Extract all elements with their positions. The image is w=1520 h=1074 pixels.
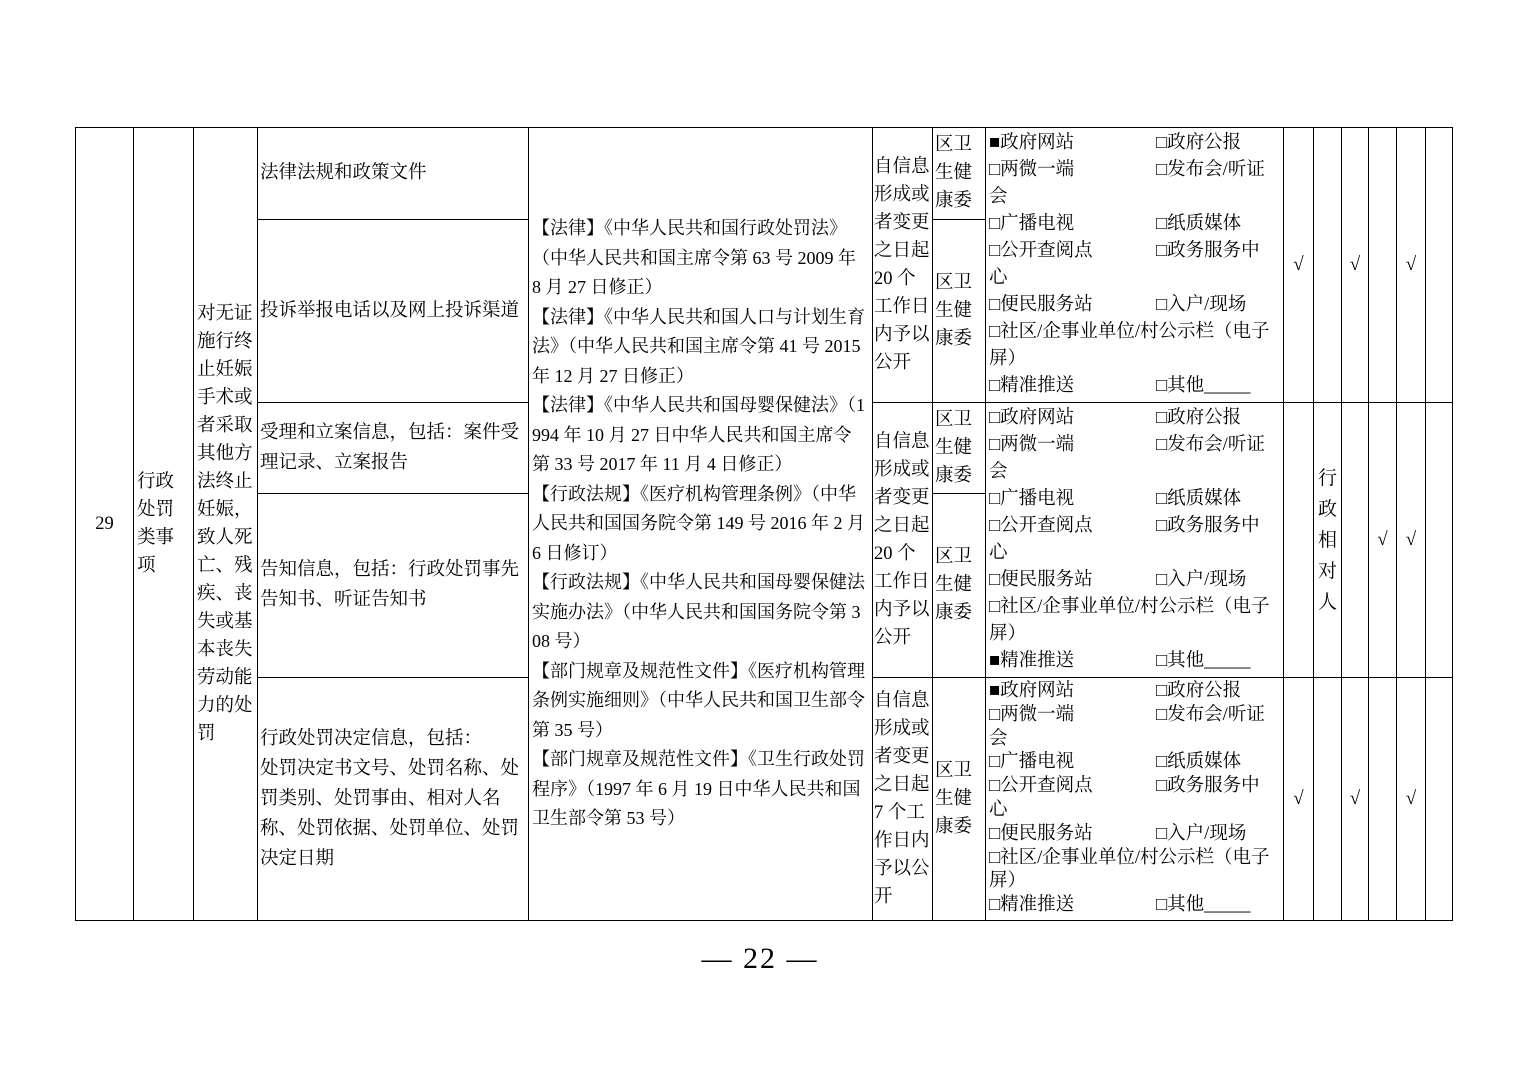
flag-cell: √ [1284, 678, 1314, 921]
channel-option: □政务服务中 [1156, 776, 1260, 796]
channel-option: □便民服务站 [989, 823, 1156, 847]
channel-line: □公开查阅点□政务服务中 [989, 238, 1280, 265]
channels-cell: ■政府网站□政府公报 □两微一端□发布会/听证 会 □广播电视□纸质媒体 □公开… [986, 678, 1284, 921]
channel-line-continuation: 心 [989, 540, 1280, 567]
channels-cell: ■政府网站□政府公报 □两微一端□发布会/听证 会 □广播电视□纸质媒体 □公开… [986, 128, 1284, 403]
channel-option: ■精准推送 [989, 648, 1156, 675]
channel-option: □两微一端 [989, 432, 1156, 459]
channel-line: ■精准推送□其他_____ [989, 648, 1280, 675]
channel-option: □其他_____ [1156, 376, 1250, 396]
channel-line-continuation: 屏） [989, 870, 1280, 894]
channel-line: □两微一端□发布会/听证 [989, 157, 1280, 184]
channel-option: □广播电视 [989, 486, 1156, 513]
legal-basis-entry: 【部门规章及规范性文件】《医疗机构管理条例实施细则》（中华人民共和国卫生部令第 … [532, 657, 869, 746]
channel-option: □广播电视 [989, 751, 1156, 775]
legal-basis-cell: 【法律】《中华人民共和国行政处罚法》（中华人民共和国主席令第 63 号 2009… [529, 128, 873, 921]
legal-basis-entry: 【部门规章及规范性文件】《卫生行政处罚程序》（1997 年 6 月 19 日中华… [532, 745, 869, 834]
channel-option: □纸质媒体 [1156, 489, 1241, 509]
channel-option: □广播电视 [989, 211, 1156, 238]
channel-line: □两微一端□发布会/听证 [989, 432, 1280, 459]
legal-basis-entry: 【行政法规】《中华人民共和国母婴保健法实施办法》（中华人民共和国国务院令第 30… [532, 568, 869, 657]
channel-option: □政务服务中 [1156, 241, 1260, 261]
channel-line: □广播电视□纸质媒体 [989, 211, 1280, 238]
info-item-cell: 告知信息，包括：行政处罚事先告知书、听证告知书 [258, 493, 529, 677]
channel-option: □其他_____ [1156, 651, 1250, 671]
channel-line-continuation: 会 [989, 459, 1280, 486]
flag-cell [1342, 403, 1369, 678]
channel-line: □政府网站□政府公报 [989, 405, 1280, 432]
flag-cell [1314, 128, 1342, 403]
channel-line: □精准推送□其他_____ [989, 894, 1280, 918]
channel-option: □纸质媒体 [1156, 752, 1241, 772]
timeline-cell: 自信息形成或者变更之日起 20 个工作日内予以公开 [873, 128, 933, 403]
channel-option: □精准推送 [989, 373, 1156, 400]
flag-cell: √ [1397, 403, 1426, 678]
agency-cell: 区卫生健康委 [933, 403, 986, 494]
channel-line: □便民服务站□入户/现场 [989, 292, 1280, 319]
channel-option: □两微一端 [989, 704, 1156, 728]
flag-cell: √ [1369, 403, 1397, 678]
page-number: — 22 — [0, 942, 1520, 976]
channel-line: □广播电视□纸质媒体 [989, 486, 1280, 513]
channel-line: □公开查阅点□政务服务中 [989, 513, 1280, 540]
legal-basis-entry: 【法律】《中华人民共和国行政处罚法》（中华人民共和国主席令第 63 号 2009… [532, 214, 869, 303]
channel-option: □公开查阅点 [989, 513, 1156, 540]
channel-line: □便民服务站□入户/现场 [989, 823, 1280, 847]
channel-line-continuation: 会 [989, 728, 1280, 752]
channel-line: □公开查阅点□政务服务中 [989, 775, 1280, 799]
channel-option: ■政府网站 [989, 680, 1156, 704]
channel-option: □精准推送 [989, 894, 1156, 918]
channel-line: □便民服务站□入户/现场 [989, 567, 1280, 594]
channel-option: □其他_____ [1156, 895, 1250, 915]
info-item-cell: 受理和立案信息，包括：案件受理记录、立案报告 [258, 403, 529, 494]
flag-cell-subject: 行政相对人 [1314, 403, 1342, 678]
flag-cell [1369, 128, 1397, 403]
agency-cell: 区卫生健康委 [933, 493, 986, 677]
flag-cell: √ [1342, 678, 1369, 921]
channel-line-continuation: 会 [989, 184, 1280, 211]
channel-option: ■政府网站 [989, 130, 1156, 157]
flag-cell: √ [1342, 128, 1369, 403]
flag-cell [1426, 403, 1453, 678]
document-page: 29 行政处罚类事项 对无证施行终止妊娠手术或者采取其他方法终止妊娠，致人死亡、… [0, 0, 1520, 1074]
agency-cell: 区卫生健康委 [933, 678, 986, 921]
channel-option: □发布会/听证 [1156, 435, 1265, 455]
channel-option: □纸质媒体 [1156, 214, 1241, 234]
channel-line-continuation: 屏） [989, 621, 1280, 648]
channel-option: □发布会/听证 [1156, 705, 1265, 725]
flag-cell [1284, 403, 1314, 678]
channel-line-continuation: 心 [989, 265, 1280, 292]
channel-option: □入户/现场 [1156, 570, 1246, 590]
channel-option: □社区/企事业单位/村公示栏（电子 [989, 594, 1280, 621]
channel-line: ■政府网站□政府公报 [989, 130, 1280, 157]
channel-option: □便民服务站 [989, 567, 1156, 594]
channel-option: □政府公报 [1156, 408, 1241, 428]
agency-cell: 区卫生健康委 [933, 219, 986, 402]
channel-option: □政府公报 [1156, 133, 1241, 153]
legal-basis-entry: 【法律】《中华人民共和国母婴保健法》（1994 年 10 月 27 日中华人民共… [532, 391, 869, 480]
flag-cell: √ [1397, 128, 1426, 403]
table-row: 29 行政处罚类事项 对无证施行终止妊娠手术或者采取其他方法终止妊娠，致人死亡、… [76, 128, 1453, 220]
legal-basis-entry: 【行政法规】《医疗机构管理条例》（中华人民共和国国务院令第 149 号 2016… [532, 480, 869, 569]
channel-option: □发布会/听证 [1156, 160, 1265, 180]
flag-cell [1314, 678, 1342, 921]
flag-cell: √ [1397, 678, 1426, 921]
channel-line: □两微一端□发布会/听证 [989, 704, 1280, 728]
flag-cell [1426, 678, 1453, 921]
channel-option: □政府公报 [1156, 681, 1241, 701]
channel-line: □广播电视□纸质媒体 [989, 751, 1280, 775]
channels-cell: □政府网站□政府公报 □两微一端□发布会/听证 会 □广播电视□纸质媒体 □公开… [986, 403, 1284, 678]
channel-option: □政府网站 [989, 405, 1156, 432]
timeline-cell: 自信息形成或者变更之日起 7 个工作日内予以公开 [873, 678, 933, 921]
info-item-cell: 行政处罚决定信息，包括： 处罚决定书文号、处罚名称、处罚类别、处罚事由、相对人名… [258, 678, 529, 921]
channel-option: □入户/现场 [1156, 824, 1246, 844]
channel-option: □社区/企事业单位/村公示栏（电子 [989, 319, 1280, 346]
channel-option: □两微一端 [989, 157, 1156, 184]
channel-line-continuation: 心 [989, 799, 1280, 823]
channel-option: □公开查阅点 [989, 775, 1156, 799]
channel-option: □公开查阅点 [989, 238, 1156, 265]
flag-cell [1426, 128, 1453, 403]
category-cell: 行政处罚类事项 [134, 128, 194, 921]
matter-cell: 对无证施行终止妊娠手术或者采取其他方法终止妊娠，致人死亡、残疾、丧失或基本丧失劳… [194, 128, 258, 921]
disclosure-catalog-table: 29 行政处罚类事项 对无证施行终止妊娠手术或者采取其他方法终止妊娠，致人死亡、… [75, 127, 1453, 921]
legal-basis-entry: 【法律】《中华人民共和国人口与计划生育法》（中华人民共和国主席令第 41 号 2… [532, 303, 869, 392]
info-item-cell: 法律法规和政策文件 [258, 128, 529, 220]
channel-option: □政务服务中 [1156, 516, 1260, 536]
flag-cell: √ [1284, 128, 1314, 403]
agency-cell: 区卫生健康委 [933, 128, 986, 220]
channel-option: □入户/现场 [1156, 295, 1246, 315]
serial-cell: 29 [76, 128, 134, 921]
channel-line: □精准推送□其他_____ [989, 373, 1280, 400]
channel-option: □便民服务站 [989, 292, 1156, 319]
timeline-cell: 自信息形成或者变更之日起 20 个工作日内予以公开 [873, 403, 933, 678]
channel-line-continuation: 屏） [989, 346, 1280, 373]
info-item-cell: 投诉举报电话以及网上投诉渠道 [258, 219, 529, 402]
channel-line: ■政府网站□政府公报 [989, 680, 1280, 704]
channel-option: □社区/企事业单位/村公示栏（电子 [989, 847, 1280, 871]
flag-cell [1369, 678, 1397, 921]
